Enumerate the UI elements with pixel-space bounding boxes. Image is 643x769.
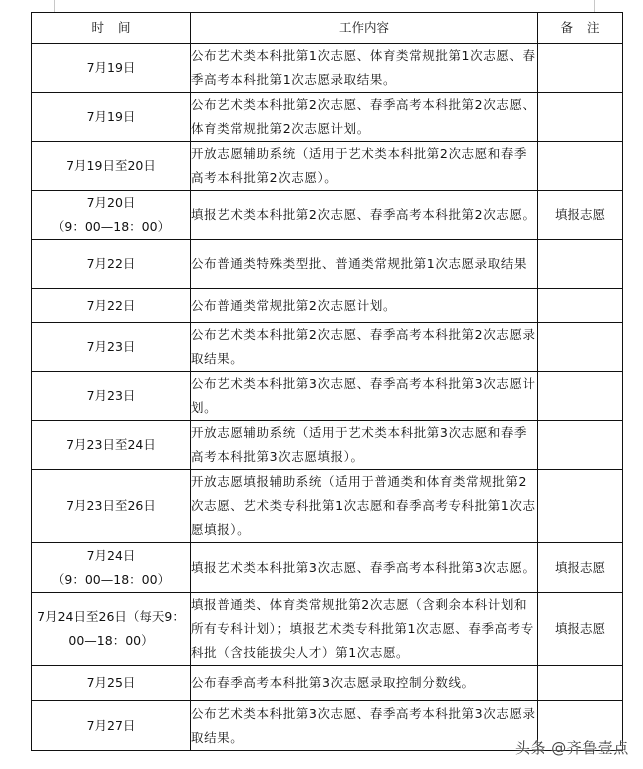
time-cell: 7月19日 xyxy=(32,44,191,93)
time-text: 7月27日 xyxy=(32,714,190,738)
time-cell: 7月25日 xyxy=(32,666,191,701)
time-text: 7月20日 xyxy=(32,191,190,215)
note-cell xyxy=(538,421,623,470)
table-row: 7月25日公布春季高考本科批第3次志愿录取控制分数线。 xyxy=(32,666,623,701)
content-cell: 公布艺术类本科批第3次志愿、春季高考本科批第3次志愿录取结果。 xyxy=(191,701,538,751)
content-cell: 填报普通类、体育类常规批第2次志愿（含剩余本科计划和所有专科计划）；填报艺术类专… xyxy=(191,593,538,666)
time-text: 7月24日至26日（每天9：00—18：00） xyxy=(32,605,190,653)
time-cell: 7月23日至26日 xyxy=(32,470,191,543)
time-range-text: （9：00—18：00） xyxy=(32,568,190,592)
content-cell: 公布艺术类本科批第2次志愿、春季高考本科批第2次志愿、体育类常规批第2次志愿计划… xyxy=(191,93,538,142)
content-cell: 公布普通类常规批第2次志愿计划。 xyxy=(191,289,538,323)
note-cell xyxy=(538,666,623,701)
time-range-text: （9：00—18：00） xyxy=(32,215,190,239)
note-cell xyxy=(538,323,623,372)
content-cell: 填报艺术类本科批第3次志愿、春季高考本科批第3次志愿。 xyxy=(191,543,538,593)
time-cell: 7月19日 xyxy=(32,93,191,142)
time-text: 7月23日 xyxy=(32,335,190,359)
time-text: 7月22日 xyxy=(32,294,190,318)
page-margin-guide-right xyxy=(594,0,595,12)
table-row: 7月24日（9：00—18：00）填报艺术类本科批第3次志愿、春季高考本科批第3… xyxy=(32,543,623,593)
content-cell: 开放志愿辅助系统（适用于艺术类本科批第3次志愿和春季高考本科批第3次志愿填报）。 xyxy=(191,421,538,470)
watermark: 头条 @齐鲁壹点 xyxy=(515,737,629,758)
table-row: 7月23日公布艺术类本科批第3次志愿、春季高考本科批第3次志愿计划。 xyxy=(32,372,623,421)
admission-schedule-table: 时间 工作内容 备注 7月19日公布艺术类本科批第1次志愿、体育类常规批第1次志… xyxy=(31,12,623,751)
time-text: 7月25日 xyxy=(32,671,190,695)
table-row: 7月19日公布艺术类本科批第2次志愿、春季高考本科批第2次志愿、体育类常规批第2… xyxy=(32,93,623,142)
time-text: 7月22日 xyxy=(32,252,190,276)
time-cell: 7月19日至20日 xyxy=(32,142,191,191)
content-cell: 填报艺术类本科批第2次志愿、春季高考本科批第2次志愿。 xyxy=(191,191,538,240)
note-cell: 填报志愿 xyxy=(538,593,623,666)
header-content: 工作内容 xyxy=(191,13,538,44)
table-row: 7月22日公布普通类常规批第2次志愿计划。 xyxy=(32,289,623,323)
content-cell: 公布艺术类本科批第1次志愿、体育类常规批第1次志愿、春季高考本科批第1次志愿录取… xyxy=(191,44,538,93)
table-row: 7月23日至24日开放志愿辅助系统（适用于艺术类本科批第3次志愿和春季高考本科批… xyxy=(32,421,623,470)
table-row: 7月19日公布艺术类本科批第1次志愿、体育类常规批第1次志愿、春季高考本科批第1… xyxy=(32,44,623,93)
time-cell: 7月20日（9：00—18：00） xyxy=(32,191,191,240)
time-text: 7月23日 xyxy=(32,384,190,408)
table-row: 7月23日至26日开放志愿填报辅助系统（适用于普通类和体育类常规批第2次志愿、艺… xyxy=(32,470,623,543)
time-cell: 7月23日 xyxy=(32,323,191,372)
time-text: 7月23日至24日 xyxy=(32,433,190,457)
table-row: 7月19日至20日开放志愿辅助系统（适用于艺术类本科批第2次志愿和春季高考本科批… xyxy=(32,142,623,191)
content-cell: 公布普通类特殊类型批、普通类常规批第1次志愿录取结果 xyxy=(191,240,538,289)
time-text: 7月23日至26日 xyxy=(32,494,190,518)
page-margin-guide-left xyxy=(54,0,55,12)
content-cell: 公布艺术类本科批第3次志愿、春季高考本科批第3次志愿计划。 xyxy=(191,372,538,421)
header-time: 时间 xyxy=(32,13,191,44)
table-row: 7月22日公布普通类特殊类型批、普通类常规批第1次志愿录取结果 xyxy=(32,240,623,289)
time-text: 7月19日 xyxy=(32,56,190,80)
content-cell: 开放志愿填报辅助系统（适用于普通类和体育类常规批第2次志愿、艺术类专科批第1次志… xyxy=(191,470,538,543)
header-note: 备注 xyxy=(538,13,623,44)
time-text: 7月24日 xyxy=(32,544,190,568)
table-row: 7月24日至26日（每天9：00—18：00）填报普通类、体育类常规批第2次志愿… xyxy=(32,593,623,666)
time-cell: 7月27日 xyxy=(32,701,191,751)
table-body: 7月19日公布艺术类本科批第1次志愿、体育类常规批第1次志愿、春季高考本科批第1… xyxy=(32,44,623,751)
table-row: 7月20日（9：00—18：00）填报艺术类本科批第2次志愿、春季高考本科批第2… xyxy=(32,191,623,240)
note-cell xyxy=(538,142,623,191)
note-cell xyxy=(538,372,623,421)
note-cell xyxy=(538,44,623,93)
time-text: 7月19日至20日 xyxy=(32,154,190,178)
note-cell xyxy=(538,470,623,543)
time-cell: 7月22日 xyxy=(32,240,191,289)
time-cell: 7月22日 xyxy=(32,289,191,323)
table-header-row: 时间 工作内容 备注 xyxy=(32,13,623,44)
table-row: 7月23日公布艺术类本科批第2次志愿、春季高考本科批第2次志愿录取结果。 xyxy=(32,323,623,372)
time-text: 7月19日 xyxy=(32,105,190,129)
time-cell: 7月24日至26日（每天9：00—18：00） xyxy=(32,593,191,666)
note-cell: 填报志愿 xyxy=(538,543,623,593)
note-cell xyxy=(538,240,623,289)
note-cell xyxy=(538,289,623,323)
time-cell: 7月23日至24日 xyxy=(32,421,191,470)
content-cell: 开放志愿辅助系统（适用于艺术类本科批第2次志愿和春季高考本科批第2次志愿）。 xyxy=(191,142,538,191)
content-cell: 公布艺术类本科批第2次志愿、春季高考本科批第2次志愿录取结果。 xyxy=(191,323,538,372)
note-cell xyxy=(538,93,623,142)
time-cell: 7月24日（9：00—18：00） xyxy=(32,543,191,593)
time-cell: 7月23日 xyxy=(32,372,191,421)
content-cell: 公布春季高考本科批第3次志愿录取控制分数线。 xyxy=(191,666,538,701)
note-cell: 填报志愿 xyxy=(538,191,623,240)
